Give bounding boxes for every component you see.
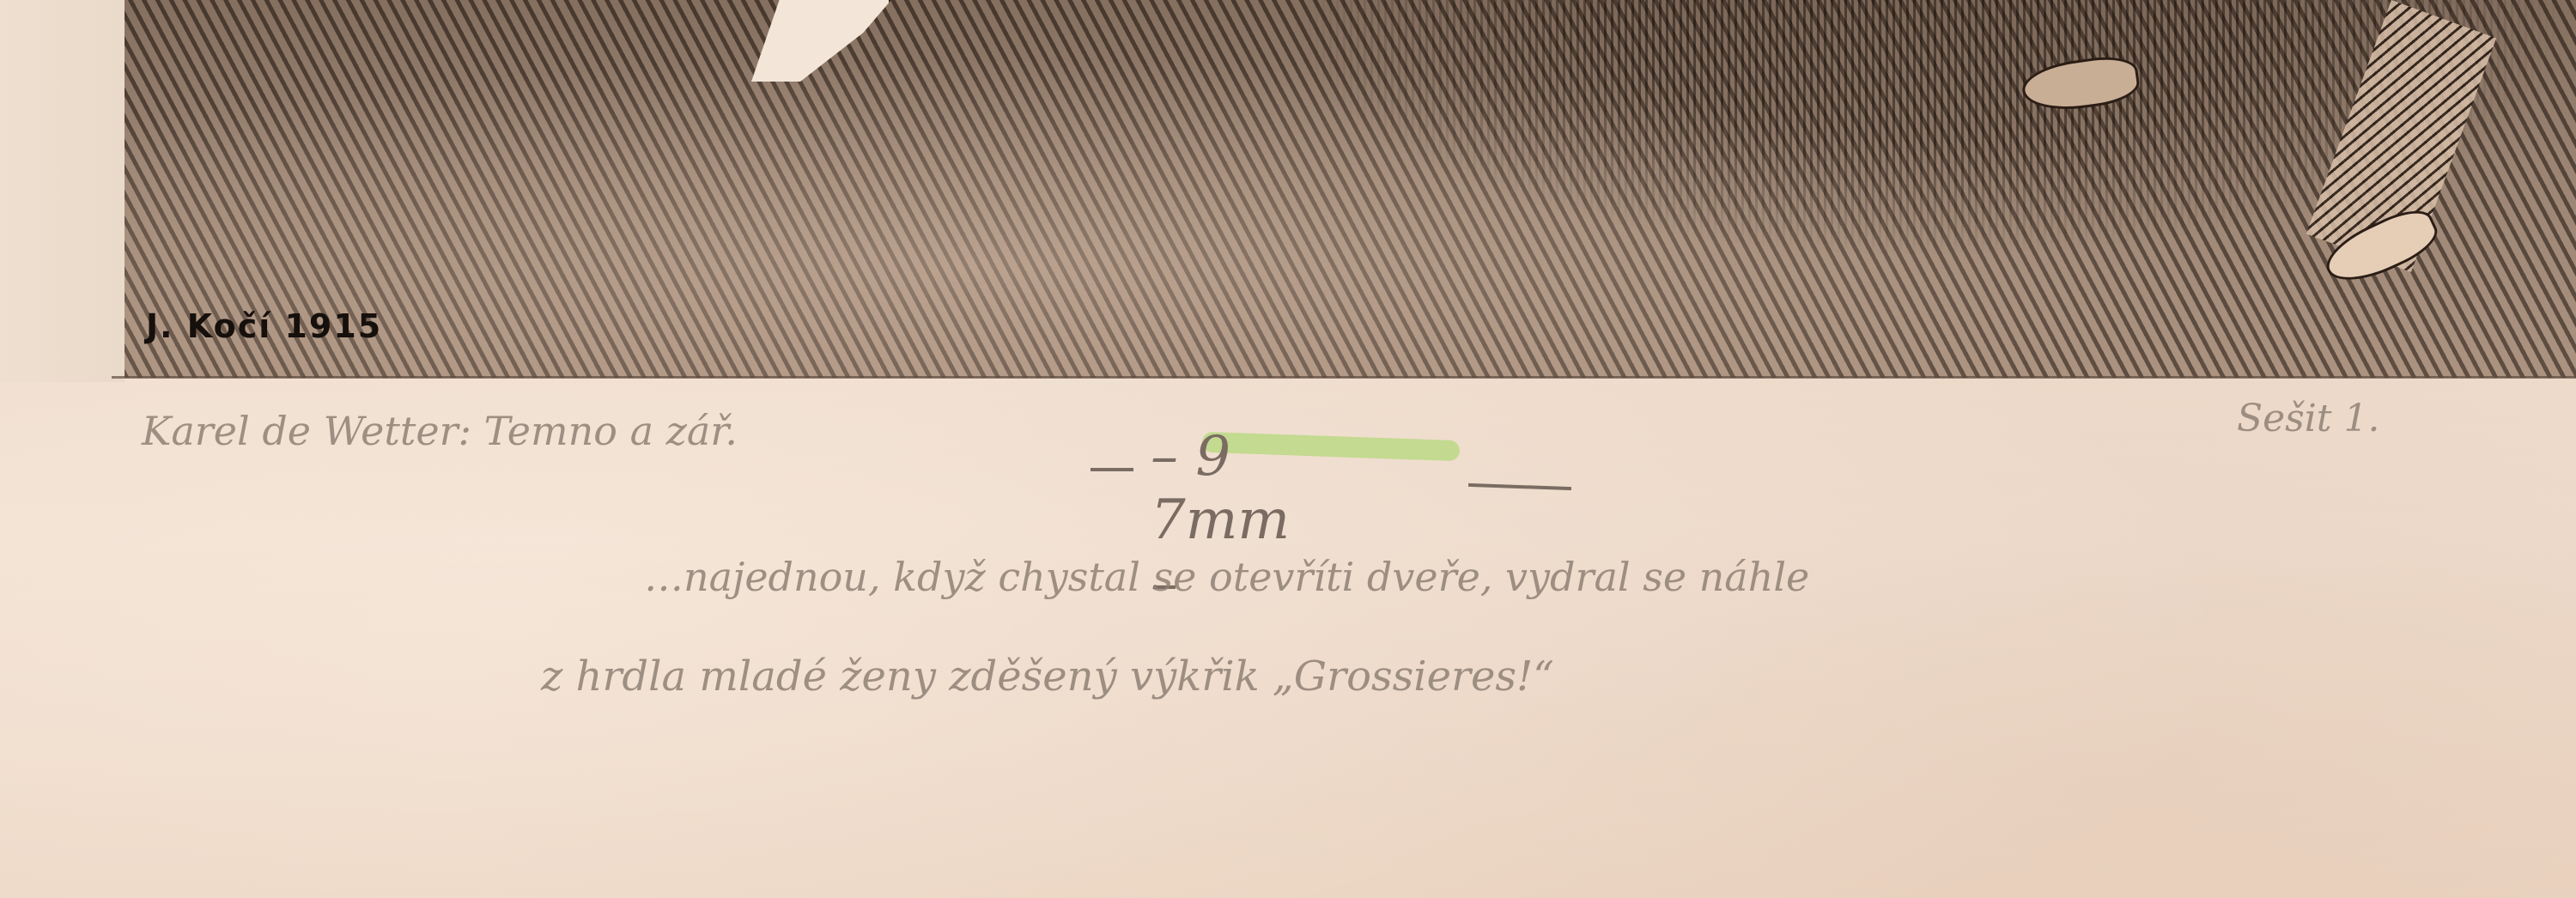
ink-illustration: [125, 0, 2576, 378]
quote-line-2: z hrdla mladé ženy zděšený výkřik „Gross…: [541, 652, 1554, 701]
paper-margin: [0, 0, 125, 382]
caption-volume: Sešit 1.: [2237, 397, 2379, 440]
measure-dash-left: [1091, 468, 1133, 471]
artist-signature: J. Kočí 1915: [146, 307, 382, 345]
artwork-border-line: [112, 376, 2576, 379]
measure-dash-right: [1468, 483, 1571, 490]
quote-line-1: …najednou, když chystal se otevříti dveř…: [644, 554, 1809, 600]
caption-book-title: Karel de Wetter: Temno a zář.: [142, 408, 738, 454]
